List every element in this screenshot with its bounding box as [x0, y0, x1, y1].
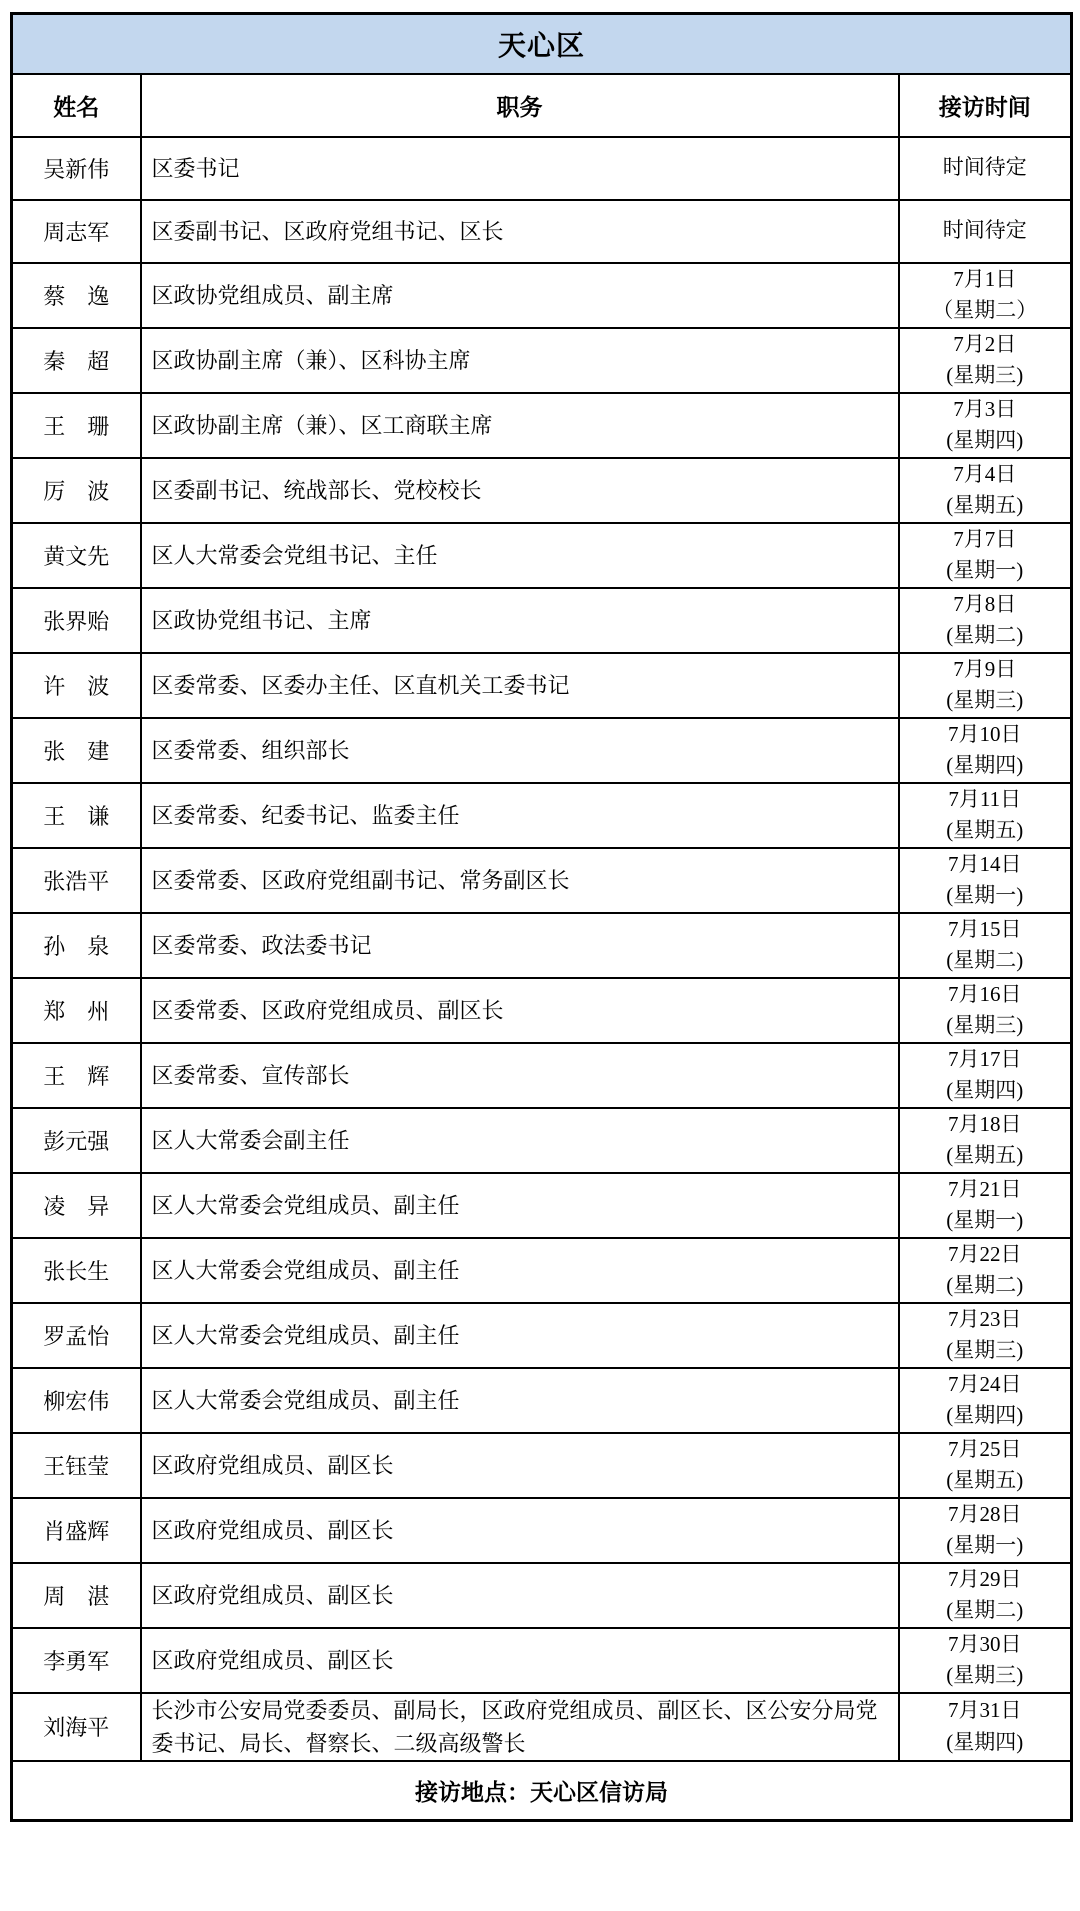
officer-name: 柳宏伟	[12, 1368, 141, 1433]
officer-name: 彭元强	[12, 1108, 141, 1173]
officer-position: 区委常委、纪委书记、监委主任	[141, 783, 899, 848]
table-row: 周 湛 区政府党组成员、副区长 7月29日 (星期二)	[12, 1563, 1072, 1628]
officer-name: 王 珊	[12, 393, 141, 458]
table-row: 凌 异 区人大常委会党组成员、副主任 7月21日 (星期一)	[12, 1173, 1072, 1238]
table-row: 罗孟怡 区人大常委会党组成员、副主任 7月23日 (星期三)	[12, 1303, 1072, 1368]
officer-position: 区人大常委会党组书记、主任	[141, 523, 899, 588]
column-header-position: 职务	[141, 74, 899, 137]
visit-time: 7月15日 (星期二)	[899, 913, 1072, 978]
table-row: 张 建 区委常委、组织部长 7月10日 (星期四)	[12, 718, 1072, 783]
visit-time: 7月8日 (星期二)	[899, 588, 1072, 653]
visit-time: 7月11日 (星期五)	[899, 783, 1072, 848]
table-row: 黄文先 区人大常委会党组书记、主任 7月7日 (星期一)	[12, 523, 1072, 588]
officer-position: 长沙市公安局党委委员、副局长，区政府党组成员、副区长、区公安分局党委书记、局长、…	[141, 1693, 899, 1761]
table-row: 张长生 区人大常委会党组成员、副主任 7月22日 (星期二)	[12, 1238, 1072, 1303]
visit-time: 7月4日 (星期五)	[899, 458, 1072, 523]
officer-name: 罗孟怡	[12, 1303, 141, 1368]
officer-name: 凌 异	[12, 1173, 141, 1238]
visit-time: 7月18日 (星期五)	[899, 1108, 1072, 1173]
officer-position: 区人大常委会副主任	[141, 1108, 899, 1173]
officer-position: 区人大常委会党组成员、副主任	[141, 1173, 899, 1238]
visit-time: 7月7日 (星期一)	[899, 523, 1072, 588]
table-row: 柳宏伟 区人大常委会党组成员、副主任 7月24日 (星期四)	[12, 1368, 1072, 1433]
table-row: 周志军 区委副书记、区政府党组书记、区长 时间待定	[12, 200, 1072, 263]
visit-time: 7月31日 (星期四)	[899, 1693, 1072, 1761]
officer-name: 蔡 逸	[12, 263, 141, 328]
district-title: 天心区	[12, 14, 1072, 74]
table-row: 彭元强 区人大常委会副主任 7月18日 (星期五)	[12, 1108, 1072, 1173]
table-row: 孙 泉 区委常委、政法委书记 7月15日 (星期二)	[12, 913, 1072, 978]
table-row: 吴新伟 区委书记 时间待定	[12, 137, 1072, 200]
officer-position: 区委副书记、区政府党组书记、区长	[141, 200, 899, 263]
officer-position: 区委书记	[141, 137, 899, 200]
officer-name: 吴新伟	[12, 137, 141, 200]
officer-name: 王 辉	[12, 1043, 141, 1108]
footer-row: 接访地点：天心区信访局	[12, 1761, 1072, 1821]
column-header-name: 姓名	[12, 74, 141, 137]
visit-time: 7月9日 (星期三)	[899, 653, 1072, 718]
column-header-row: 姓名 职务 接访时间	[12, 74, 1072, 137]
visit-time: 7月21日 (星期一)	[899, 1173, 1072, 1238]
officer-name: 孙 泉	[12, 913, 141, 978]
visit-time: 7月24日 (星期四)	[899, 1368, 1072, 1433]
table-row: 王钰莹 区政府党组成员、副区长 7月25日 (星期五)	[12, 1433, 1072, 1498]
officer-position: 区政协副主席（兼）、区工商联主席	[141, 393, 899, 458]
officer-name: 郑 州	[12, 978, 141, 1043]
visit-time: 时间待定	[899, 137, 1072, 200]
officer-name: 黄文先	[12, 523, 141, 588]
table-row: 张浩平 区委常委、区政府党组副书记、常务副区长 7月14日 (星期一)	[12, 848, 1072, 913]
officer-position: 区委常委、组织部长	[141, 718, 899, 783]
table-row: 王 谦 区委常委、纪委书记、监委主任 7月11日 (星期五)	[12, 783, 1072, 848]
officer-position: 区政府党组成员、副区长	[141, 1433, 899, 1498]
officer-position: 区委常委、区政府党组成员、副区长	[141, 978, 899, 1043]
visit-time: 7月16日 (星期三)	[899, 978, 1072, 1043]
officer-name: 秦 超	[12, 328, 141, 393]
officer-name: 张界贻	[12, 588, 141, 653]
visit-time: 7月28日 (星期一)	[899, 1498, 1072, 1563]
officer-name: 张 建	[12, 718, 141, 783]
reception-schedule-table: 天心区 姓名 职务 接访时间 吴新伟 区委书记 时间待定 周志军 区委副书记、区…	[10, 12, 1073, 1822]
table-row: 刘海平 长沙市公安局党委委员、副局长，区政府党组成员、副区长、区公安分局党委书记…	[12, 1693, 1072, 1761]
officer-name: 张浩平	[12, 848, 141, 913]
officer-position: 区人大常委会党组成员、副主任	[141, 1238, 899, 1303]
table-body: 吴新伟 区委书记 时间待定 周志军 区委副书记、区政府党组书记、区长 时间待定 …	[12, 137, 1072, 1761]
table-row: 肖盛辉 区政府党组成员、副区长 7月28日 (星期一)	[12, 1498, 1072, 1563]
reception-location: 接访地点：天心区信访局	[12, 1761, 1072, 1821]
visit-time: 7月14日 (星期一)	[899, 848, 1072, 913]
officer-position: 区委常委、区政府党组副书记、常务副区长	[141, 848, 899, 913]
officer-name: 周 湛	[12, 1563, 141, 1628]
table-row: 厉 波 区委副书记、统战部长、党校校长 7月4日 (星期五)	[12, 458, 1072, 523]
visit-time: 7月25日 (星期五)	[899, 1433, 1072, 1498]
table-row: 蔡 逸 区政协党组成员、副主席 7月1日 （星期二）	[12, 263, 1072, 328]
table-row: 郑 州 区委常委、区政府党组成员、副区长 7月16日 (星期三)	[12, 978, 1072, 1043]
officer-position: 区政协党组书记、主席	[141, 588, 899, 653]
officer-name: 王 谦	[12, 783, 141, 848]
table-row: 秦 超 区政协副主席（兼）、区科协主席 7月2日 (星期三)	[12, 328, 1072, 393]
officer-name: 厉 波	[12, 458, 141, 523]
table-row: 许 波 区委常委、区委办主任、区直机关工委书记 7月9日 (星期三)	[12, 653, 1072, 718]
officer-name: 刘海平	[12, 1693, 141, 1761]
table-row: 李勇军 区政府党组成员、副区长 7月30日 (星期三)	[12, 1628, 1072, 1693]
visit-time: 7月3日 (星期四)	[899, 393, 1072, 458]
visit-time: 7月1日 （星期二）	[899, 263, 1072, 328]
officer-position: 区政府党组成员、副区长	[141, 1498, 899, 1563]
officer-position: 区政协副主席（兼）、区科协主席	[141, 328, 899, 393]
officer-name: 李勇军	[12, 1628, 141, 1693]
officer-name: 许 波	[12, 653, 141, 718]
visit-time: 7月22日 (星期二)	[899, 1238, 1072, 1303]
officer-position: 区委常委、政法委书记	[141, 913, 899, 978]
officer-position: 区人大常委会党组成员、副主任	[141, 1303, 899, 1368]
visit-time: 7月23日 (星期三)	[899, 1303, 1072, 1368]
table-row: 王 珊 区政协副主席（兼）、区工商联主席 7月3日 (星期四)	[12, 393, 1072, 458]
column-header-time: 接访时间	[899, 74, 1072, 137]
visit-time: 7月17日 (星期四)	[899, 1043, 1072, 1108]
officer-position: 区政府党组成员、副区长	[141, 1628, 899, 1693]
officer-position: 区委常委、宣传部长	[141, 1043, 899, 1108]
officer-name: 肖盛辉	[12, 1498, 141, 1563]
officer-name: 周志军	[12, 200, 141, 263]
page: 天心区 姓名 职务 接访时间 吴新伟 区委书记 时间待定 周志军 区委副书记、区…	[0, 0, 1080, 1822]
visit-time: 7月30日 (星期三)	[899, 1628, 1072, 1693]
table-row: 王 辉 区委常委、宣传部长 7月17日 (星期四)	[12, 1043, 1072, 1108]
table-row: 张界贻 区政协党组书记、主席 7月8日 (星期二)	[12, 588, 1072, 653]
officer-name: 王钰莹	[12, 1433, 141, 1498]
officer-position: 区委副书记、统战部长、党校校长	[141, 458, 899, 523]
officer-position: 区人大常委会党组成员、副主任	[141, 1368, 899, 1433]
visit-time: 7月2日 (星期三)	[899, 328, 1072, 393]
title-row: 天心区	[12, 14, 1072, 74]
officer-name: 张长生	[12, 1238, 141, 1303]
officer-position: 区委常委、区委办主任、区直机关工委书记	[141, 653, 899, 718]
visit-time: 7月29日 (星期二)	[899, 1563, 1072, 1628]
officer-position: 区政府党组成员、副区长	[141, 1563, 899, 1628]
visit-time: 7月10日 (星期四)	[899, 718, 1072, 783]
officer-position: 区政协党组成员、副主席	[141, 263, 899, 328]
visit-time: 时间待定	[899, 200, 1072, 263]
